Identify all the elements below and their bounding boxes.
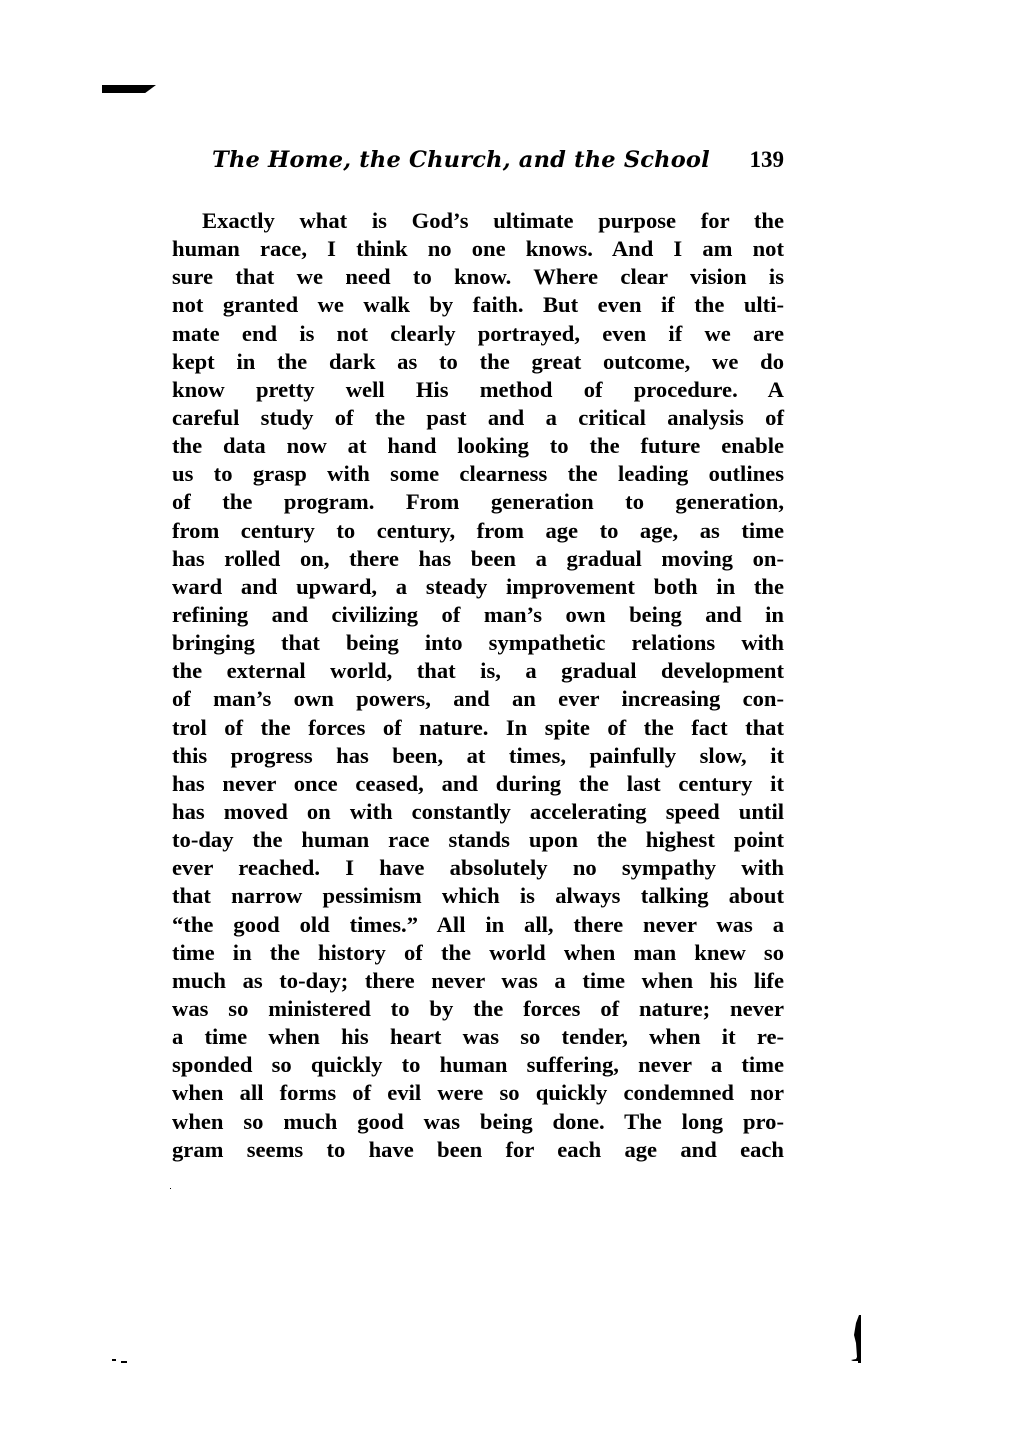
text-line: kept in the dark as to the great outcome… [172, 348, 784, 376]
text-line: sure that we need to know. Where clear v… [172, 263, 784, 291]
text-line: time in the history of the world when ma… [172, 939, 784, 967]
text-line-content: of the program. From generation to gener… [172, 488, 784, 516]
text-line: was so ministered to by the forces of na… [172, 995, 784, 1023]
text-line-content: was so ministered to by the forces of na… [172, 995, 784, 1023]
text-line-content: sure that we need to know. Where clear v… [172, 263, 784, 291]
text-line-content: Exactly what is God’s ultimate purpose f… [172, 207, 784, 235]
text-line: trol of the forces of nature. In spite o… [172, 714, 784, 742]
text-line-content: human race, I think no one knows. And I … [172, 235, 784, 263]
body-paragraph: Exactly what is God’s ultimate purpose f… [172, 207, 784, 1164]
scan-artifact-bottom-left [121, 1361, 127, 1363]
text-line: careful study of the past and a critical… [172, 404, 784, 432]
text-line: Exactly what is God’s ultimate purpose f… [172, 207, 784, 235]
text-line-content: mate end is not clearly portrayed, even … [172, 320, 784, 348]
text-line-content: this progress has been, at times, painfu… [172, 742, 784, 770]
text-line-content: from century to century, from age to age… [172, 517, 784, 545]
page-number: 139 [750, 147, 785, 173]
text-line-content: “the good old times.” All in all, there … [172, 911, 784, 939]
text-line-content: the external world, that is, a gradual d… [172, 657, 784, 685]
text-line: mate end is not clearly portrayed, even … [172, 320, 784, 348]
text-line: from century to century, from age to age… [172, 517, 784, 545]
running-head: The Home, the Church, and the School 139 [212, 147, 784, 183]
text-line-content: ever reached. I have absolutely no sympa… [172, 854, 784, 882]
text-line: to-day the human race stands upon the hi… [172, 826, 784, 854]
text-line: has moved on with constantly acceleratin… [172, 798, 784, 826]
text-line: the data now at hand looking to the futu… [172, 432, 784, 460]
text-line-content: refining and civilizing of man’s own bei… [172, 601, 784, 629]
text-line-content: careful study of the past and a critical… [172, 404, 784, 432]
text-line-content: has never once ceased, and during the la… [172, 770, 784, 798]
text-line: bringing that being into sympathetic rel… [172, 629, 784, 657]
text-line-content: know pretty well His method of procedure… [172, 376, 784, 404]
text-line: ward and upward, a steady improvement bo… [172, 573, 784, 601]
text-line-content: sponded so quickly to human suffering, n… [172, 1051, 784, 1079]
text-line: that narrow pessimism which is always ta… [172, 882, 784, 910]
text-line-content: kept in the dark as to the great outcome… [172, 348, 784, 376]
text-line: when so much good was being done. The lo… [172, 1108, 784, 1136]
text-line: of the program. From generation to gener… [172, 488, 784, 516]
text-line-content: has moved on with constantly acceleratin… [172, 798, 784, 826]
text-line: has never once ceased, and during the la… [172, 770, 784, 798]
running-head-title: The Home, the Church, and the School [212, 147, 710, 173]
text-line: us to grasp with some clearness the lead… [172, 460, 784, 488]
text-line: the external world, that is, a gradual d… [172, 657, 784, 685]
text-line-content: bringing that being into sympathetic rel… [172, 629, 784, 657]
text-line: refining and civilizing of man’s own bei… [172, 601, 784, 629]
scan-artifact-top-left [102, 85, 156, 93]
text-line-content: that narrow pessimism which is always ta… [172, 882, 784, 910]
text-line: sponded so quickly to human suffering, n… [172, 1051, 784, 1079]
scan-artifact-bottom-left [112, 1359, 116, 1361]
text-line-content: gram seems to have been for each age and… [172, 1136, 784, 1164]
text-line-content: trol of the forces of nature. In spite o… [172, 714, 784, 742]
text-line: when all forms of evil were so quickly c… [172, 1079, 784, 1107]
text-line: of man’s own powers, and an ever increas… [172, 685, 784, 713]
text-line: human race, I think no one knows. And I … [172, 235, 784, 263]
text-line-content: much as to-day; there never was a time w… [172, 967, 784, 995]
text-line-content: time in the history of the world when ma… [172, 939, 784, 967]
text-line-content: a time when his heart was so tender, whe… [172, 1023, 784, 1051]
text-line-content: to-day the human race stands upon the hi… [172, 826, 784, 854]
text-line: much as to-day; there never was a time w… [172, 967, 784, 995]
text-line: has rolled on, there has been a gradual … [172, 545, 784, 573]
text-line-content: ward and upward, a steady improvement bo… [172, 573, 784, 601]
text-line-content: of man’s own powers, and an ever increas… [172, 685, 784, 713]
text-line-content: when so much good was being done. The lo… [172, 1108, 784, 1136]
book-page: The Home, the Church, and the School 139… [0, 0, 1010, 1454]
text-line: a time when his heart was so tender, whe… [172, 1023, 784, 1051]
text-line: “the good old times.” All in all, there … [172, 911, 784, 939]
text-line-content: the data now at hand looking to the futu… [172, 432, 784, 460]
scan-speck [170, 1188, 171, 1189]
text-line-content: us to grasp with some clearness the lead… [172, 460, 784, 488]
text-line-content: has rolled on, there has been a gradual … [172, 545, 784, 573]
text-line: not granted we walk by faith. But even i… [172, 291, 784, 319]
text-line-content: when all forms of evil were so quickly c… [172, 1079, 784, 1107]
text-line: ever reached. I have absolutely no sympa… [172, 854, 784, 882]
text-line: gram seems to have been for each age and… [172, 1136, 784, 1164]
text-line: this progress has been, at times, painfu… [172, 742, 784, 770]
text-line-content: not granted we walk by faith. But even i… [172, 291, 784, 319]
scan-artifact-bottom-right [850, 1315, 862, 1365]
text-line: know pretty well His method of procedure… [172, 376, 784, 404]
